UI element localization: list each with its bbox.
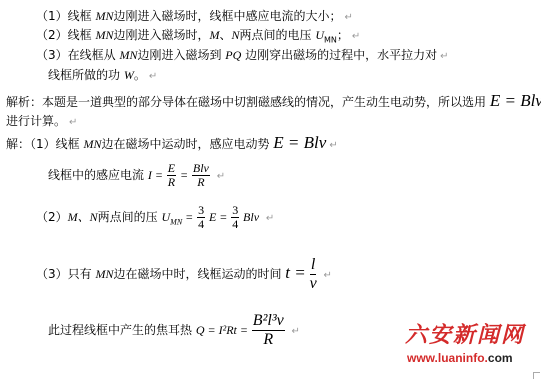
q2-var: MN [95, 28, 113, 42]
question-2: （2）线框 MN边刚进入磁场时，M、N两点间的电压 UMN；↵ [36, 28, 360, 47]
question-3: （3）在线框从 MN边刚进入磁场到 PQ 边刚穿出磁场的过程中，水平拉力对↵ [36, 48, 449, 64]
q2-var3: N [231, 28, 239, 42]
paragraph-mark-icon: ↵ [266, 213, 274, 224]
s2-prefix: （2） [36, 210, 68, 224]
s2-end: Blv [243, 210, 259, 224]
q3c-text: 线框所做的功 [48, 68, 124, 82]
s2-mid: E = [209, 210, 227, 224]
s2-text: 两点间的压 [98, 210, 158, 224]
s2-lhs: UMN = [162, 210, 194, 224]
heat-fraction: B²l³vR [252, 312, 285, 349]
q2-text2: 两点间的电压 [240, 28, 316, 42]
q1-var: MN [95, 9, 113, 23]
paragraph-mark-icon: ↵ [344, 12, 352, 23]
analysis-line-1: 解析：本题是一道典型的部分导体在磁场中切割磁感线的情况，产生动生电动势，所以选用… [6, 94, 541, 109]
q2-end: ； [337, 28, 349, 42]
paragraph-mark-icon: ↵ [69, 117, 77, 128]
q2-text: 边刚进入磁场时， [113, 28, 209, 42]
current-label: 线框中的感应电流 [48, 168, 144, 182]
q3c-var: W [124, 68, 134, 82]
s3-text: 边在磁场中时，线框运动的时间 [113, 267, 281, 281]
current-fraction-2: BlvR [192, 162, 210, 189]
q2-sep: 、 [219, 28, 231, 42]
current-fraction-1: ER [167, 162, 176, 189]
watermark-title: 六安新闻网 [405, 318, 525, 349]
s1-formula: E = Blv [273, 133, 326, 152]
q3-var: MN [119, 48, 137, 62]
analysis-line-2: 进行计算。↵ [6, 114, 77, 130]
paragraph-mark-icon: ↵ [440, 51, 448, 62]
q3-text: 边刚进入磁场到 [137, 48, 225, 62]
s3-fraction: lv [310, 256, 317, 293]
question-3-cont: 线框所做的功 W。↵ [48, 68, 157, 84]
s3-var: MN [95, 267, 113, 281]
q2-usub: MN [324, 35, 337, 44]
s3-prefix: （3）只有 [36, 267, 95, 281]
analysis-formula: E = Blv [490, 91, 541, 110]
solution-current: 线框中的感应电流 I = ER = BlvR ↵ [48, 162, 225, 189]
s1-text: 边在磁场中运动时，感应电动势 [101, 137, 269, 151]
analysis-text: 解析：本题是一道典型的部分导体在磁场中切割磁感线的情况，产生动生电动势，所以选用 [6, 95, 486, 109]
q3c-end: 。 [134, 68, 146, 82]
question-1: （1）线框 MN边刚进入磁场时，线框中感应电流的大小；↵ [36, 9, 353, 25]
heat-lhs: Q = I²Rt = [196, 323, 248, 337]
s1-prefix: 解：（1）线框 [6, 137, 83, 151]
watermark-logo: 六安新闻网 www.luaninfo.com [405, 318, 525, 365]
paragraph-mark-icon: ↵ [329, 140, 337, 151]
solution-step-1: 解：（1）线框 MN边在磁场中运动时，感应电动势 E = Blv↵ [6, 136, 338, 153]
q3-var2: PQ [225, 48, 241, 62]
s2-vars: M、N [68, 210, 98, 224]
q3-prefix: （3）在线框从 [36, 48, 119, 62]
q1-prefix: （1）线框 [36, 9, 95, 23]
q2-u: U [315, 28, 324, 42]
q2-prefix: （2）线框 [36, 28, 95, 42]
solution-heat: 此过程线框中产生的焦耳热 Q = I²Rt = B²l³vR ↵ [48, 312, 300, 349]
solution-step-3: （3）只有 MN边在磁场中时，线框运动的时间 t = lv ↵ [36, 256, 332, 293]
heat-label: 此过程线框中产生的焦耳热 [48, 323, 192, 337]
q1-text: 边刚进入磁场时，线框中感应电流的大小； [113, 9, 341, 23]
q3-text2: 边刚穿出磁场的过程中，水平拉力对 [241, 48, 437, 62]
s2-fraction-2: 34 [231, 204, 239, 231]
watermark-url: www.luaninfo.com [407, 351, 525, 365]
paragraph-mark-icon: ↵ [217, 171, 225, 182]
current-lhs: I = [148, 168, 163, 182]
paragraph-mark-icon: ↵ [292, 326, 300, 337]
paragraph-mark-icon: ↵ [324, 270, 332, 281]
q2-var2: M [209, 28, 219, 42]
analysis-text-2: 进行计算。 [6, 114, 66, 128]
page-corner-mark [533, 372, 540, 379]
s2-fraction-1: 34 [197, 204, 205, 231]
paragraph-mark-icon: ↵ [149, 71, 157, 82]
s1-var: MN [83, 137, 101, 151]
solution-step-2: （2）M、N两点间的压 UMN = 34 E = 34 Blv ↵ [36, 204, 274, 232]
s3-lhs: t = [285, 263, 305, 282]
paragraph-mark-icon: ↵ [352, 31, 360, 42]
